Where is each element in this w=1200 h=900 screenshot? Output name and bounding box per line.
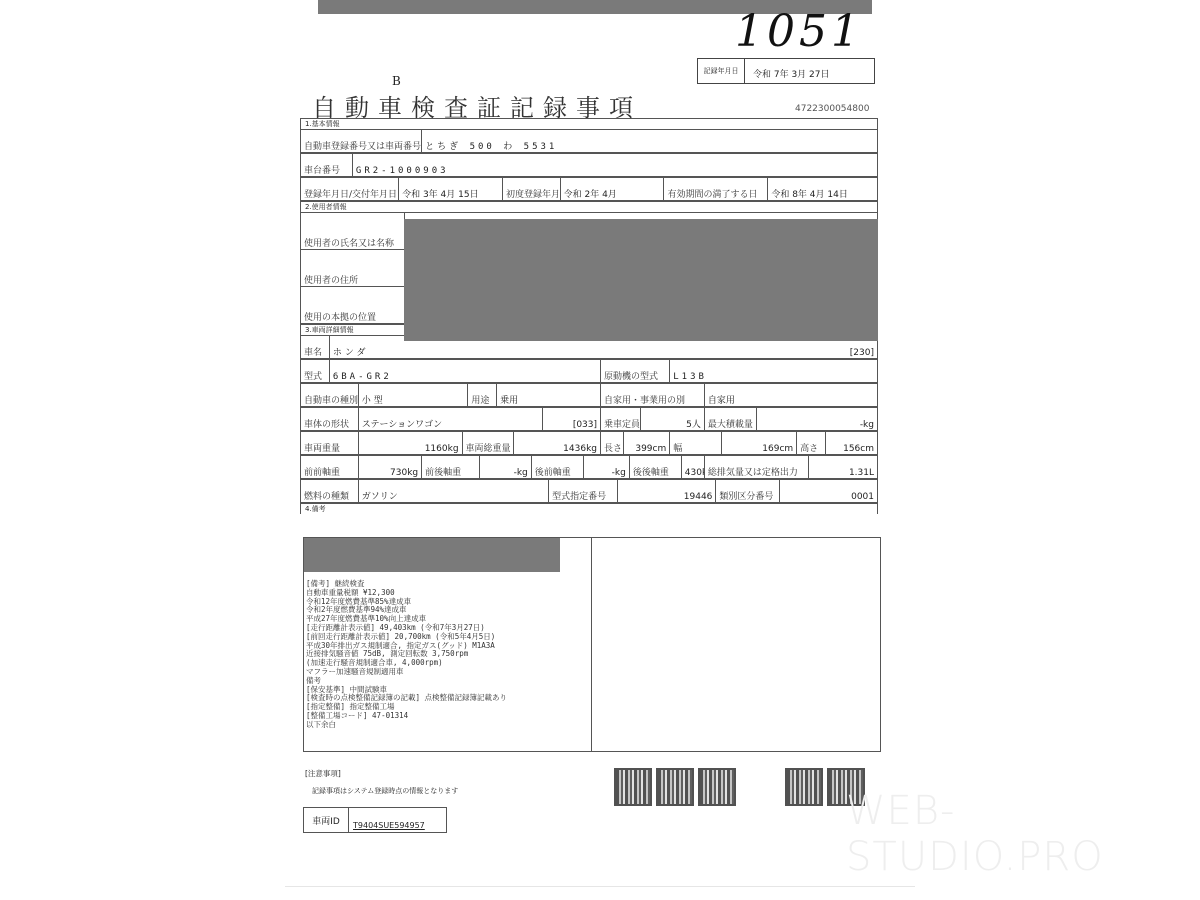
reg-number-label: 自動車登録番号又は車両番号 [301, 130, 422, 153]
qr-code-3 [698, 768, 736, 806]
model: 6BA-GR2 [329, 360, 600, 383]
body-label: 車体の形状 [301, 408, 359, 431]
rf-axle-label: 後前軸重 [531, 456, 583, 479]
user-name-label: 使用者の氏名又は名称 [301, 213, 405, 250]
chassis-number: GR2-1000903 [352, 154, 877, 177]
first-reg-label: 登録年月日/交付年月日 [301, 178, 399, 201]
max-load-label: 最大積載量 [704, 408, 756, 431]
vehicle-weight: 1160kg [358, 432, 462, 455]
section-user: 2.使用者情報 [300, 201, 878, 212]
private-use: 自家用 [704, 384, 877, 407]
redacted-user-info [404, 219, 878, 341]
rf-axle: -kg [583, 456, 629, 479]
displacement-label: 総排気量又は定格出力 [704, 456, 808, 479]
redacted-remarks [304, 538, 560, 572]
chassis-table: 車台番号 GR2-1000903 [300, 153, 878, 177]
axle-table: 前前軸重 730kg 前後軸重 -kg 後前軸重 -kg 後後軸重 430kg … [300, 455, 878, 479]
fuel-type: ガソリン [358, 480, 548, 503]
displacement: 1.31L [808, 456, 877, 479]
fr-axle-label: 前後軸重 [422, 456, 480, 479]
weight-label: 車両重量 [301, 432, 359, 455]
fr-axle: -kg [479, 456, 531, 479]
category-number: 0001 [779, 480, 877, 503]
type-approval-label: 型式指定番号 [549, 480, 618, 503]
length: 399cm [624, 432, 670, 455]
max-load: -kg [756, 408, 877, 431]
qr-code-4 [785, 768, 823, 806]
engine-label: 原動機の型式 [601, 360, 670, 383]
rr-axle: 430kg [681, 456, 704, 479]
first-year-value: 令和 2年 4月 [560, 178, 664, 201]
width-label: 幅 [670, 432, 722, 455]
chassis-label: 車台番号 [301, 154, 353, 177]
vehicle-use: 乗用 [497, 384, 601, 407]
body-shape: ステーションワゴン [358, 408, 543, 431]
vehicle-id-value: T9404SUE594957 [349, 808, 446, 832]
fuel-table: 燃料の種類 ガソリン 型式指定番号 19446 類別区分番号 0001 [300, 479, 878, 503]
capacity: 5人 [641, 408, 704, 431]
length-label: 長さ [601, 432, 624, 455]
ff-axle: 730kg [358, 456, 421, 479]
capacity-label: 乗車定員 [601, 408, 641, 431]
watermark: WEB-STUDIO.PRO [846, 788, 1200, 880]
qr-code-2 [656, 768, 694, 806]
caution-title: [注意事項] [305, 768, 341, 779]
first-year-label: 初度登録年月 [502, 178, 560, 201]
page-bottom-edge [285, 886, 915, 887]
category-label: 類別区分番号 [716, 480, 779, 503]
section-remarks: 4.備考 [300, 503, 878, 514]
remarks-text: [備考] 継続検査 自動車重量税額 ¥12,300 令和12年度燃費基準85%達… [306, 580, 507, 730]
height: 156cm [826, 432, 878, 455]
make-label: 車名 [301, 336, 330, 359]
width: 169cm [722, 432, 797, 455]
rr-axle-label: 後後軸重 [629, 456, 681, 479]
body-table: 車体の形状 ステーションワゴン [033] 乗車定員 5人 最大積載量 -kg [300, 407, 878, 431]
fuel-label: 燃料の種類 [301, 480, 359, 503]
handwritten-number: 1051 [735, 6, 863, 57]
registration-date-label: 記録年月日 [698, 59, 745, 83]
gross-weight: 1436kg [514, 432, 601, 455]
document-number: 4722300054800 [795, 104, 869, 114]
dates-table: 登録年月日/交付年月日 令和 3年 4月 15日 初度登録年月 令和 2年 4月… [300, 177, 878, 201]
first-reg-date: 令和 3年 4月 15日 [399, 178, 503, 201]
registration-date-value: 令和 7年 3月 27日 [745, 59, 874, 83]
user-address-label: 使用者の住所 [301, 250, 405, 287]
height-label: 高さ [797, 432, 826, 455]
registration-date-box: 記録年月日 令和 7年 3月 27日 [697, 58, 875, 84]
gross-label: 車両総重量 [462, 432, 514, 455]
vehicle-type: 小型 [358, 384, 468, 407]
user-base-label: 使用の本拠の位置 [301, 287, 405, 324]
weight-table: 車両重量 1160kg 車両総重量 1436kg 長さ 399cm 幅 169c… [300, 431, 878, 455]
vehicle-id-box: 車両ID T9404SUE594957 [303, 807, 447, 833]
ff-axle-label: 前前軸重 [301, 456, 359, 479]
caution-text: 記録事項はシステム登録時点の情報となります [312, 786, 458, 796]
qr-code-1 [614, 768, 652, 806]
basic-table: 自動車登録番号又は車両番号 とちぎ 500 わ 5531 [300, 129, 878, 153]
type-label: 自動車の種別 [301, 384, 359, 407]
model-table: 型式 6BA-GR2 原動機の型式 L13B [300, 359, 878, 383]
type-table: 自動車の種別 小型 用途 乗用 自家用・事業用の別 自家用 [300, 383, 878, 407]
type-approval-number: 19446 [618, 480, 716, 503]
section-basic: 1.基本情報 [300, 118, 878, 129]
model-label: 型式 [301, 360, 330, 383]
expiry-date: 令和 8年 4月 14日 [768, 178, 878, 201]
engine-model: L13B [670, 360, 878, 383]
use-label: 用途 [468, 384, 497, 407]
vehicle-id-label: 車両ID [304, 808, 349, 832]
body-code: [033] [543, 408, 601, 431]
expiry-label: 有効期間の満了する日 [664, 178, 768, 201]
reg-number: とちぎ 500 わ 5531 [422, 130, 878, 153]
b-mark: B [392, 74, 401, 88]
private-label: 自家用・事業用の別 [601, 384, 705, 407]
